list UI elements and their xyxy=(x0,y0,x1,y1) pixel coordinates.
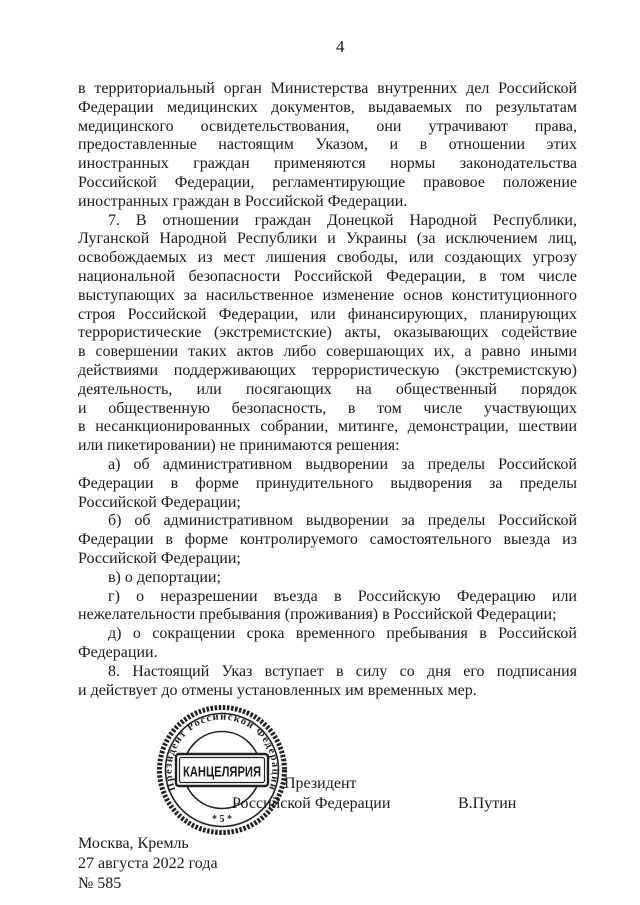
document-body: в территориальный орган Министерства вну… xyxy=(78,80,577,700)
body-text-line: иностранных граждан в Российской Федерац… xyxy=(78,193,577,212)
body-text-line: Российской Федерации; xyxy=(78,494,577,513)
body-text-line: медицинского освидетельствования, они ут… xyxy=(78,118,577,137)
body-text-line: Луганской Народной Республики и Украины … xyxy=(78,230,577,249)
footer-date: 27 августа 2022 года xyxy=(78,854,218,874)
body-text-line: и общественную безопасность, в том числе… xyxy=(78,400,577,419)
footer-block: Москва, Кремль 27 августа 2022 года № 58… xyxy=(78,834,218,894)
signature-title-line1: Президент xyxy=(284,774,357,793)
body-text-line: террористические (экстремистские) акты, … xyxy=(78,324,577,343)
body-text-line: строя Российской Федерации, или финансир… xyxy=(78,306,577,325)
body-text-line: действиями поддерживающих террористическ… xyxy=(78,362,577,381)
body-text-line: освобождаемых из мест лишения свободы, и… xyxy=(78,249,577,268)
body-text-line: д) о сокращении срока временного пребыва… xyxy=(78,625,577,644)
stamp-bottom-text: * 5 * xyxy=(212,814,232,825)
body-text-line: в совершении таких актов либо совершающи… xyxy=(78,343,577,362)
chancellery-stamp: Президент Российской Федерации * 5 * КАН… xyxy=(154,702,290,838)
stamp-banner: КАНЦЕЛЯРИЯ xyxy=(176,754,268,786)
body-text-line: нежелательности пребывания (проживания) … xyxy=(78,606,577,625)
body-text-line: в) о депортации; xyxy=(78,569,577,588)
page-number: 4 xyxy=(336,37,345,56)
footer-number: № 585 xyxy=(78,874,218,894)
body-text-line: г) о неразрешении въезда в Российскую Фе… xyxy=(78,588,577,607)
body-text-line: 7. В отношении граждан Донецкой Народной… xyxy=(78,212,577,231)
document-page: 4 в территориальный орган Министерства в… xyxy=(0,0,640,905)
body-text-line: деятельность, или посягающих на обществе… xyxy=(78,381,577,400)
stamp-center-text: КАНЦЕЛЯРИЯ xyxy=(183,764,261,781)
signature-name: В.Путин xyxy=(458,794,516,813)
body-text-line: предоставленные настоящим Указом, и в от… xyxy=(78,136,577,155)
body-text-line: Федерации. xyxy=(78,644,577,663)
body-text-line: или пикетировании) не принимаются решени… xyxy=(78,437,577,456)
body-text-line: и действует до отмены установленных им в… xyxy=(78,682,577,701)
body-text-line: в несанкционированных собрании, митинге,… xyxy=(78,418,577,437)
body-text-line: в территориальный орган Министерства вну… xyxy=(78,80,577,99)
body-text-line: Федерации в форме контролируемого самост… xyxy=(78,531,577,550)
body-text-line: Российской Федерации, регламентирующие п… xyxy=(78,174,577,193)
body-text-line: Федерации медицинских документов, выдава… xyxy=(78,99,577,118)
body-text-line: Федерации в форме принудительного выдвор… xyxy=(78,475,577,494)
body-text-line: иностранных граждан применяются нормы за… xyxy=(78,155,577,174)
body-text-line: 8. Настоящий Указ вступает в силу со дня… xyxy=(78,663,577,682)
body-text-line: б) об административном выдворении за пре… xyxy=(78,512,577,531)
body-text-line: а) об административном выдворении за пре… xyxy=(78,456,577,475)
footer-place: Москва, Кремль xyxy=(78,834,218,854)
body-text-line: национальной безопасности Российской Фед… xyxy=(78,268,577,287)
body-text-line: выступающих за насильственное изменение … xyxy=(78,287,577,306)
body-text-line: Российской Федерации; xyxy=(78,550,577,569)
